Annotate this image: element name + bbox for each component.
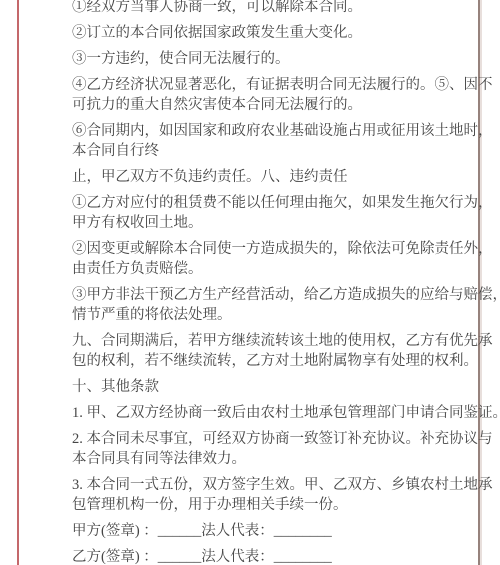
other-clause-1: 1. 甲、乙双方经协商一致后由农村土地承包管理部门申请合同鉴证。	[72, 403, 450, 423]
breach-clause-3: ③甲方非法干预乙方生产经营活动，给乙方造成损失的应给与赔偿， 情节严重的将依法处…	[72, 285, 450, 325]
text-line: ③一方违约，使合同无法履行的。	[72, 49, 450, 69]
contract-text: ①经双方当事人协商一致，可以解除本合同。 ②订立的本合同依据国家政策发生重大变化…	[72, 0, 450, 565]
text-line: 包的权利，若不继续流转，乙方对土地附属物享有处理的权利。	[72, 351, 450, 371]
other-clause-2: 2. 本合同未尽事宜，可经双方协商一致签订补充协议。补充协议与 本合同具有同等法…	[72, 429, 450, 469]
text-line: 可抗力的重大自然灾害使本合同无法履行的。	[72, 95, 450, 115]
text-line: 乙方(签章) ：______法人代表：________	[72, 547, 450, 565]
clause-termination-3: ③一方违约，使合同无法履行的。	[72, 49, 450, 69]
clause-termination-6: ⑥合同期内，如因国家和政府农业基础设施占用或征用该土地时， 本合同自行终	[72, 121, 450, 161]
text-line: ④乙方经济状况显著恶化，有证据表明合同无法履行的。⑤、因不	[72, 75, 450, 95]
text-line: ②订立的本合同依据国家政策发生重大变化。	[72, 23, 450, 43]
other-clause-3: 3. 本合同一式五份，双方签字生效。甲、乙双方、乡镇农村土地承 包管理机构一份，…	[72, 475, 450, 515]
text-line: 九、合同期满后，若甲方继续流转该土地的使用权，乙方有优先承	[72, 331, 450, 351]
text-line: ⑥合同期内，如因国家和政府农业基础设施占用或征用该土地时，	[72, 121, 450, 141]
text-line: 十、其他条款	[72, 377, 450, 397]
document-page: ①经双方当事人协商一致，可以解除本合同。 ②订立的本合同依据国家政策发生重大变化…	[0, 0, 500, 565]
text-line: 1. 甲、乙双方经协商一致后由农村土地承包管理部门申请合同鉴证。	[72, 403, 450, 423]
breach-clause-1: ①乙方对应付的租赁费不能以任何理由拖欠，如果发生拖欠行为， 甲方有权收回土地。	[72, 193, 450, 233]
text-line: 本合同具有同等法律效力。	[72, 449, 450, 469]
text-line: 甲方(签章) ：______法人代表：________	[72, 521, 450, 541]
text-line: 由责任方负责赔偿。	[72, 259, 450, 279]
section-10-heading: 十、其他条款	[72, 377, 450, 397]
text-line: 2. 本合同未尽事宜，可经双方协商一致签订补充协议。补充协议与	[72, 429, 450, 449]
clause-termination-1: ①经双方当事人协商一致，可以解除本合同。	[72, 0, 450, 17]
left-margin-rule	[17, 0, 19, 565]
text-line: ①经双方当事人协商一致，可以解除本合同。	[72, 0, 450, 17]
text-line: ①乙方对应付的租赁费不能以任何理由拖欠，如果发生拖欠行为，	[72, 193, 450, 213]
breach-clause-2: ②因变更或解除本合同使一方造成损失的，除依法可免除责任外， 由责任方负责赔偿。	[72, 239, 450, 279]
text-line: 3. 本合同一式五份，双方签字生效。甲、乙双方、乡镇农村土地承	[72, 475, 450, 495]
clause-termination-4-5: ④乙方经济状况显著恶化，有证据表明合同无法履行的。⑤、因不 可抗力的重大自然灾害…	[72, 75, 450, 115]
text-line: 情节严重的将依法处理。	[72, 305, 450, 325]
text-line: ③甲方非法干预乙方生产经营活动，给乙方造成损失的应给与赔偿，	[72, 285, 450, 305]
text-line: 包管理机构一份，用于办理相关手续一份。	[72, 495, 450, 515]
text-line: 本合同自行终	[72, 141, 450, 161]
party-b-signature-line: 乙方(签章) ：______法人代表：________	[72, 547, 450, 565]
text-line: 止，甲乙双方不负违约责任。八、违约责任	[72, 167, 450, 187]
section-9-clause: 九、合同期满后，若甲方继续流转该土地的使用权，乙方有优先承 包的权利，若不继续流…	[72, 331, 450, 371]
section-8-heading: 止，甲乙双方不负违约责任。八、违约责任	[72, 167, 450, 187]
party-a-signature-line: 甲方(签章) ：______法人代表：________	[72, 521, 450, 541]
clause-termination-2: ②订立的本合同依据国家政策发生重大变化。	[72, 23, 450, 43]
text-line: ②因变更或解除本合同使一方造成损失的，除依法可免除责任外，	[72, 239, 450, 259]
text-line: 甲方有权收回土地。	[72, 213, 450, 233]
